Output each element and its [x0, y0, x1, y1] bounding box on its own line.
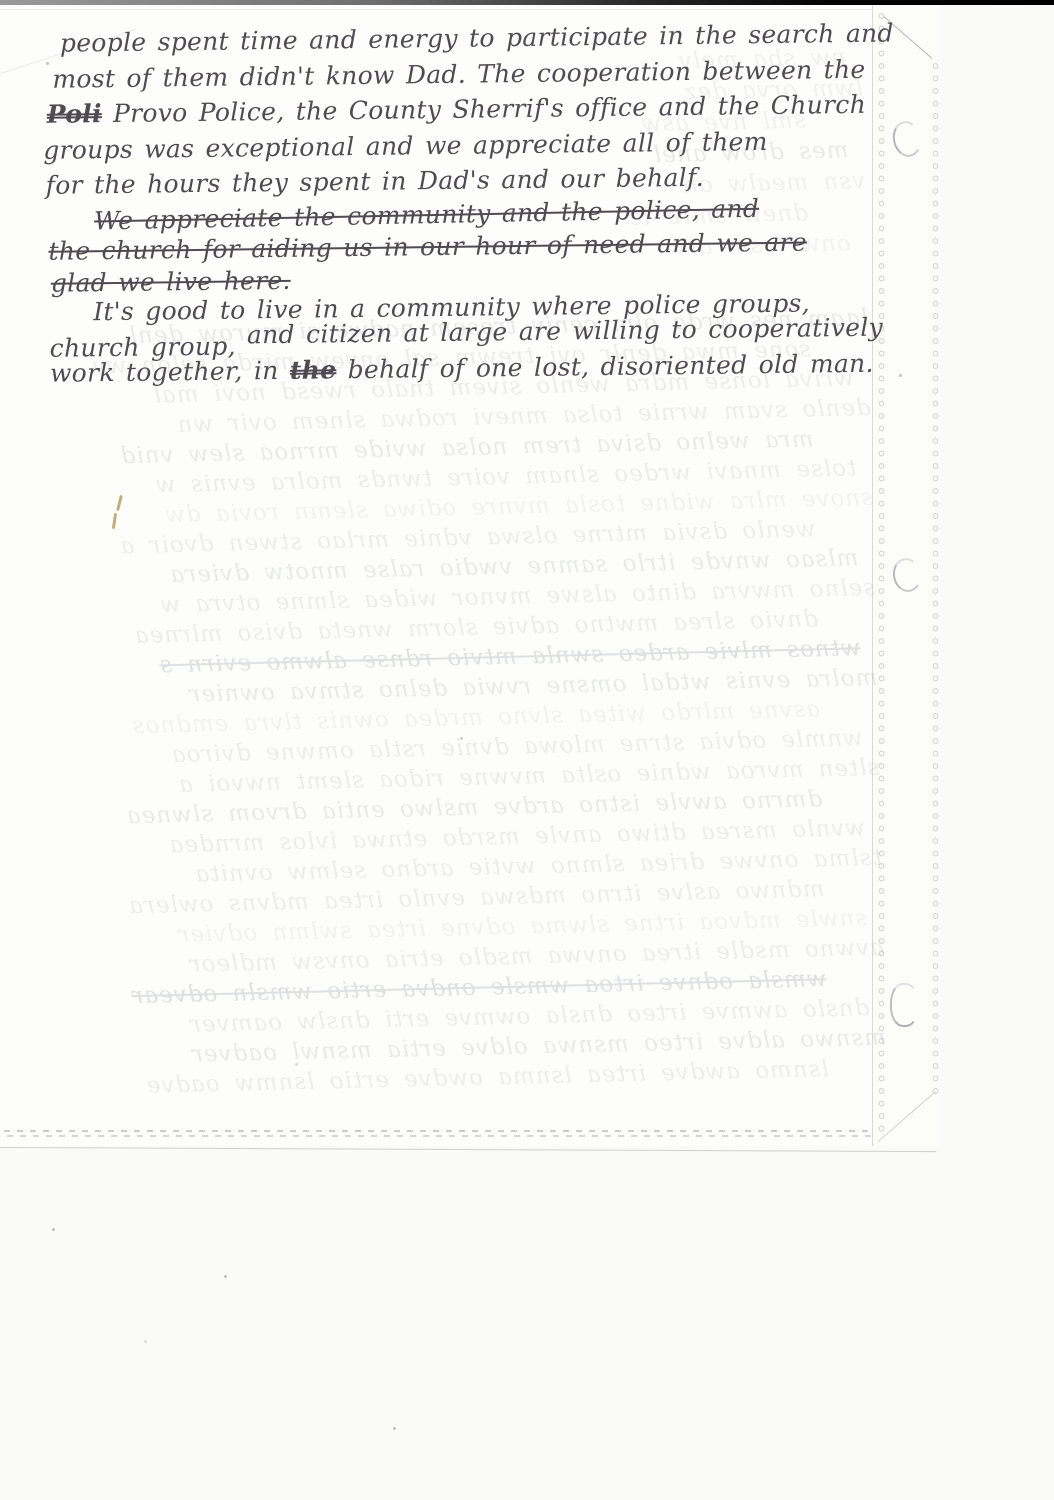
- scan-speck: [393, 1427, 396, 1430]
- scan-speck: [144, 1340, 147, 1343]
- scanned-page: nw sba melv lwm orva dez sml nve asw mes…: [0, 0, 1054, 1500]
- scribbled-out-word: the: [290, 355, 337, 385]
- handwriting-line: most of them didn't know Dad. The cooper…: [52, 55, 866, 94]
- scan-speck: [224, 1275, 227, 1278]
- handwriting-text: groups was exceptional and we appreciate…: [43, 127, 768, 165]
- struck-through-text: glad we live here.: [51, 266, 291, 298]
- handwriting-text: work together, in: [50, 356, 290, 388]
- protector-stitch-right-column: [930, 60, 941, 1100]
- scan-speck: [52, 1228, 55, 1231]
- handwriting-block: people spent time and energy to particip…: [0, 0, 883, 425]
- handwriting-line: Poli Provo Police, the County Sherrif's …: [47, 90, 867, 129]
- scan-speck: [899, 374, 902, 377]
- handwriting-text: Provo Police, the County Sherrif's offic…: [102, 90, 867, 128]
- handwriting-text: behalf of one lost, disoriented old man.: [336, 349, 874, 385]
- handwriting-line: people spent time and energy to particip…: [60, 18, 894, 57]
- handwriting-line: groups was exceptional and we appreciate…: [43, 127, 768, 165]
- handwriting-text: most of them didn't know Dad. The cooper…: [52, 55, 866, 94]
- handwriting-line: for the hours they spent in Dad's and ou…: [45, 163, 704, 200]
- handwriting-line-struck: glad we live here.: [51, 266, 291, 298]
- scribbled-out-word: Poli: [47, 99, 102, 129]
- punch-hole-bottom: [890, 983, 919, 1027]
- protector-bottom-edge: [0, 1147, 936, 1152]
- handwriting-text: people spent time and energy to particip…: [60, 18, 894, 57]
- handwriting-text: for the hours they spent in Dad's and ou…: [45, 163, 704, 200]
